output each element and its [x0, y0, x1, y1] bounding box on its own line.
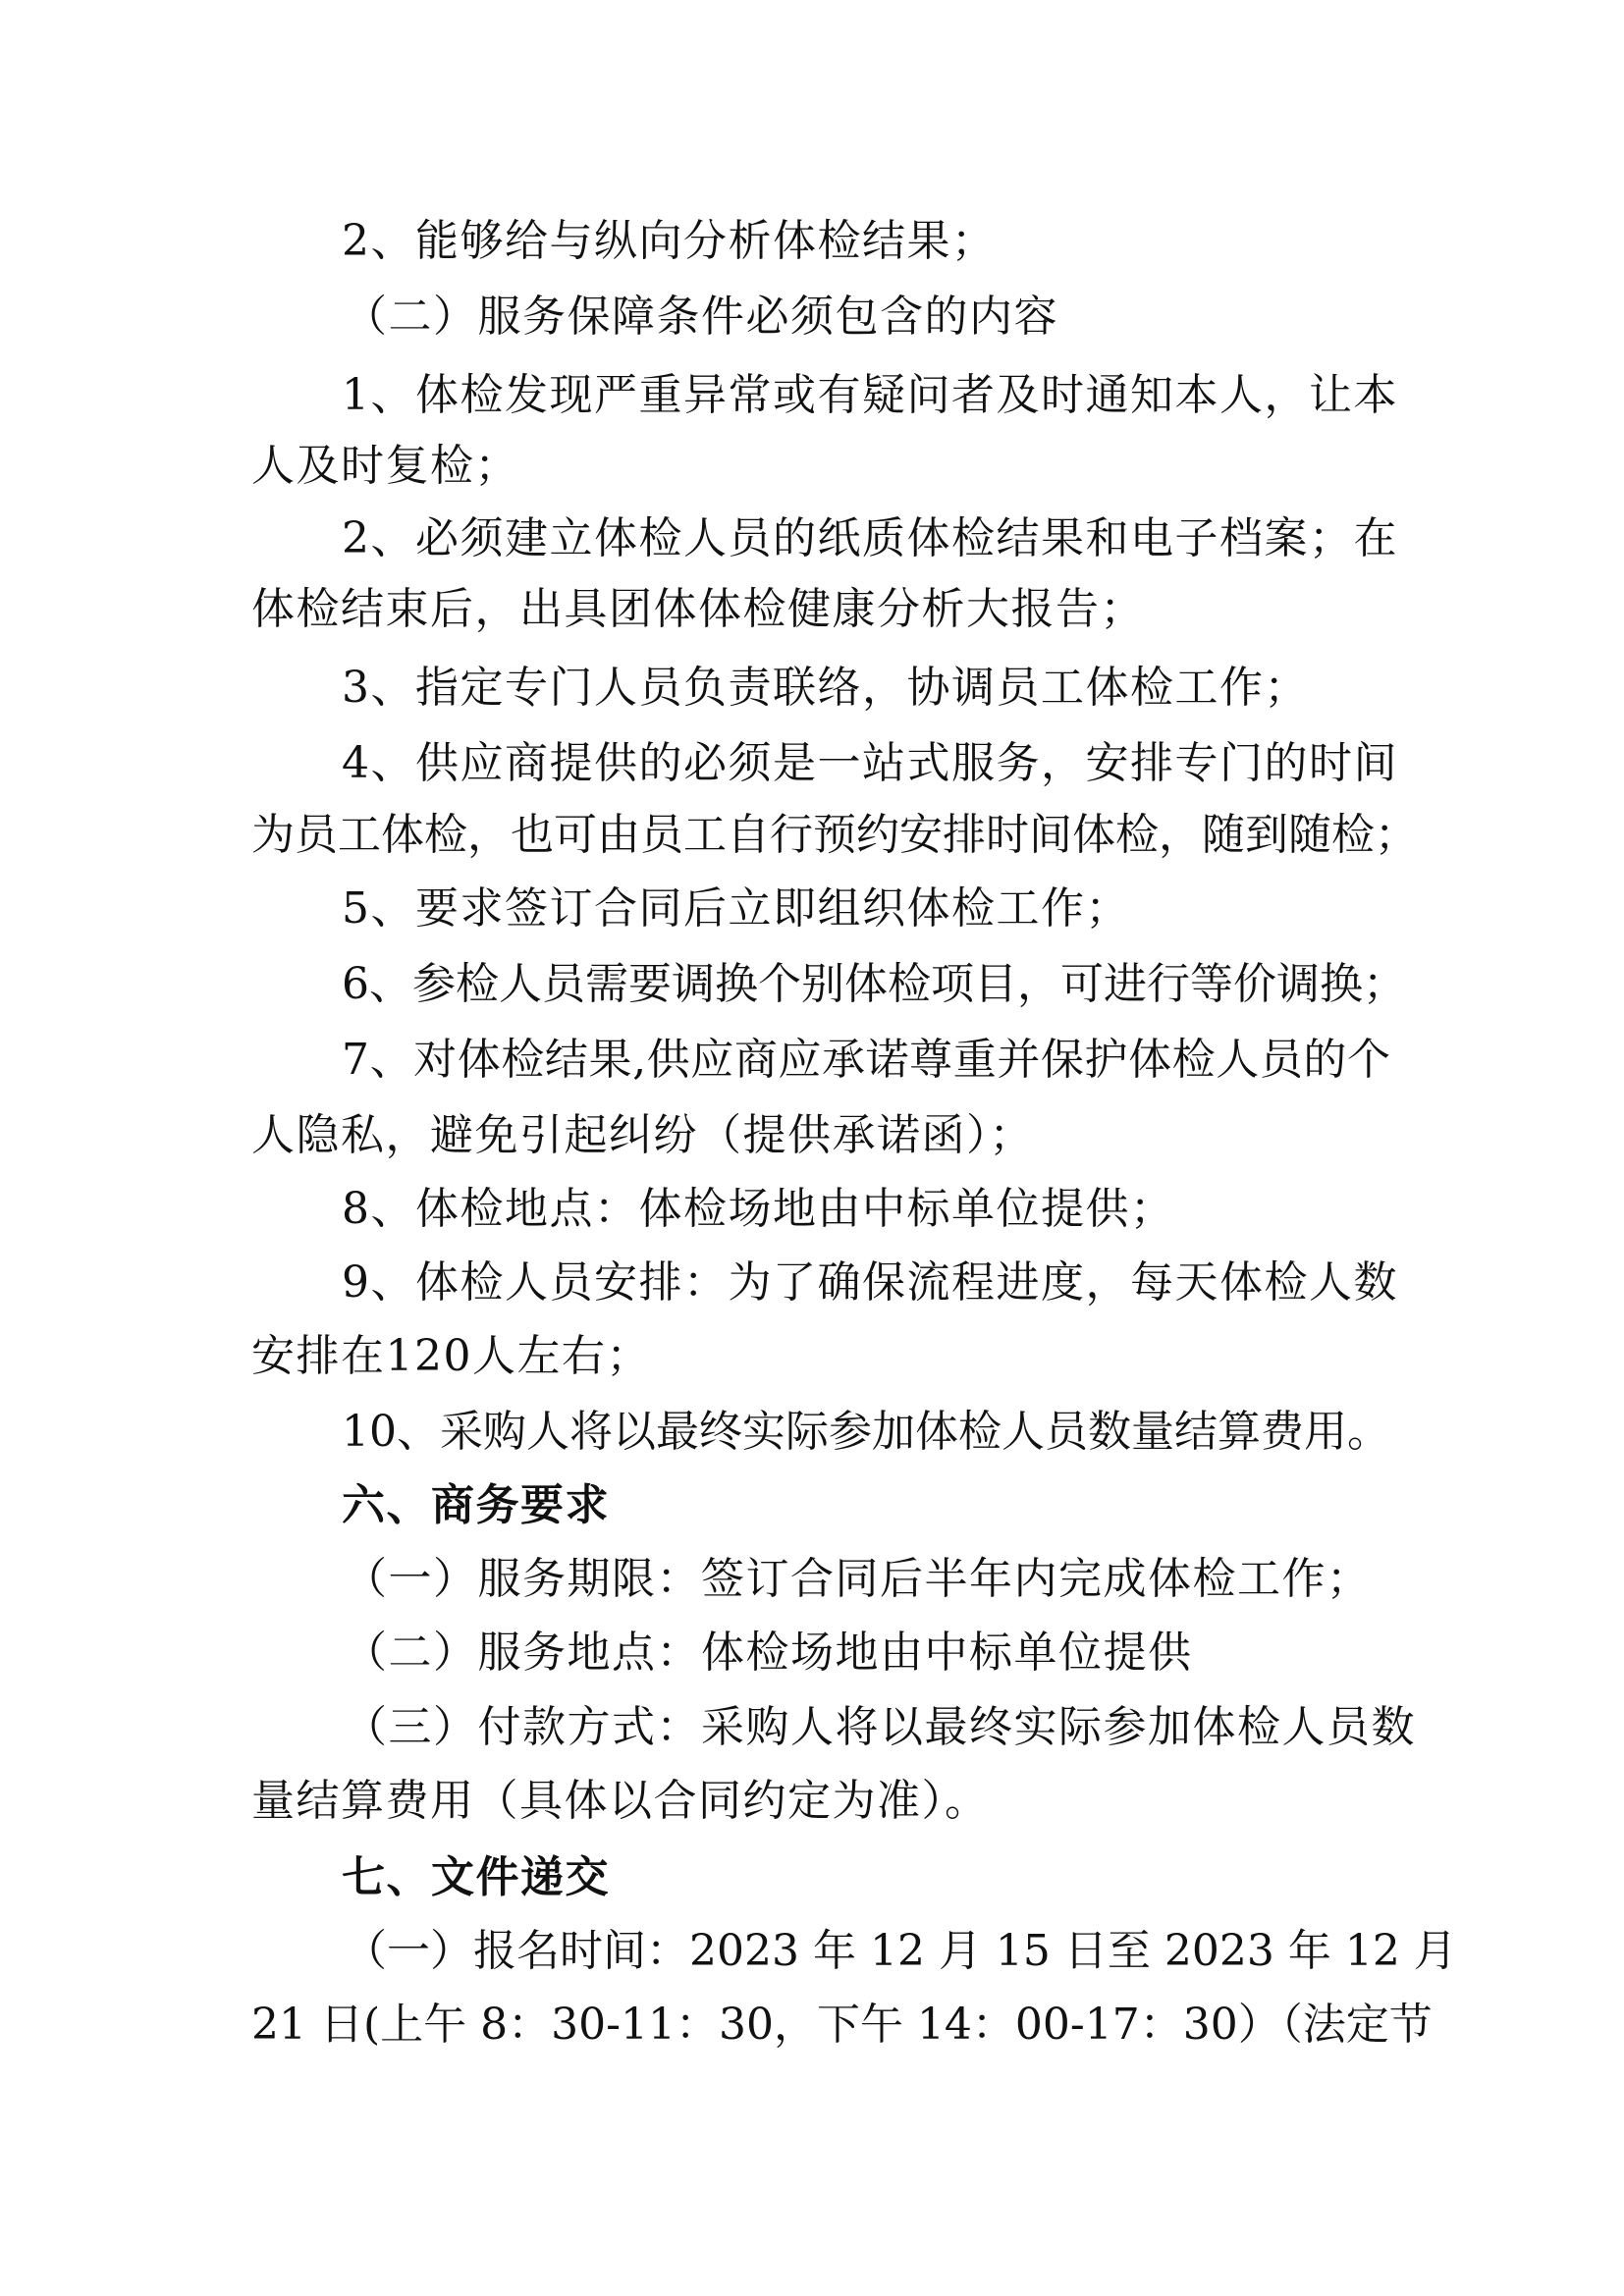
section-heading-document-submission: 七、文件递交 [342, 1850, 1481, 1905]
text-line: 2、必须建立体检人员的纸质体检结果和电子档案；在 [342, 511, 1390, 566]
service-period-line: （一）服务期限：签订合同后半年内完成体检工作； [344, 1552, 1483, 1607]
text-line: 10、采购人将以最终实际参加体检人员数量结算费用。 [342, 1405, 1390, 1460]
service-location-line: （二）服务地点：体检场地由中标单位提供 [344, 1626, 1483, 1681]
text-line: 7、对体检结果,供应商应承诺尊重并保护体检人员的个 [342, 1033, 1390, 1088]
text-line: 5、要求签订合同后立即组织体检工作； [342, 881, 1481, 936]
text-line: 3、指定专门人员负责联络，协调员工体检工作； [342, 661, 1481, 716]
text-line: 6、参检人员需要调换个别体检项目，可进行等价调换； [342, 957, 1390, 1012]
service-location-label: （二）服务地点： [344, 1628, 701, 1678]
text-line: 为员工体检，也可由员工自行预约安排时间体检，随到随检； [251, 808, 1390, 863]
text-line: 人及时复检； [251, 439, 1390, 494]
payment-method-label: （三）付款方式： [344, 1702, 701, 1752]
payment-method-value: 采购人将以最终实际参加体检人员数 [701, 1702, 1416, 1752]
service-period-value: 签订合同后半年内完成体检工作； [701, 1554, 1372, 1604]
service-period-label: （一）服务期限： [344, 1554, 701, 1604]
text-line: 体检结束后，出具团体体检健康分析大报告； [251, 582, 1390, 637]
text-line: 1、体检发现严重异常或有疑问者及时通知本人，让本 [342, 368, 1390, 423]
text-line: 安排在120人左右； [251, 1329, 1390, 1384]
registration-time-line: （一）报名时间：2023 年 12 月 15 日至 2023 年 12 月 [344, 1924, 1390, 1979]
text-line: 4、供应商提供的必须是一站式服务，安排专门的时间 [342, 736, 1390, 791]
document-page: 2、能够给与纵向分析体检结果； （二）服务保障条件必须包含的内容 1、体检发现严… [0, 0, 1624, 2296]
service-location-value: 体检场地由中标单位提供 [701, 1628, 1193, 1678]
text-line: 9、体检人员安排：为了确保流程进度，每天体检人数 [342, 1255, 1390, 1310]
section-heading-business-requirements: 六、商务要求 [342, 1478, 1481, 1533]
text-line: 量结算费用（具体以合同约定为准）。 [251, 1774, 1390, 1829]
text-line: 2、能够给与纵向分析体检结果； [342, 214, 1481, 269]
text-line: 8、体检地点：体检场地由中标单位提供； [342, 1182, 1481, 1237]
payment-method-line: （三）付款方式：采购人将以最终实际参加体检人员数 [344, 1700, 1483, 1755]
subsection-heading: （二）服务保障条件必须包含的内容 [344, 290, 1483, 345]
registration-time-line-continued: 21 日(上午 8：30-11：30，下午 14：00-17：30）（法定节 [251, 1998, 1390, 2053]
text-line: 人隐私，避免引起纠纷（提供承诺函）； [251, 1108, 1390, 1163]
